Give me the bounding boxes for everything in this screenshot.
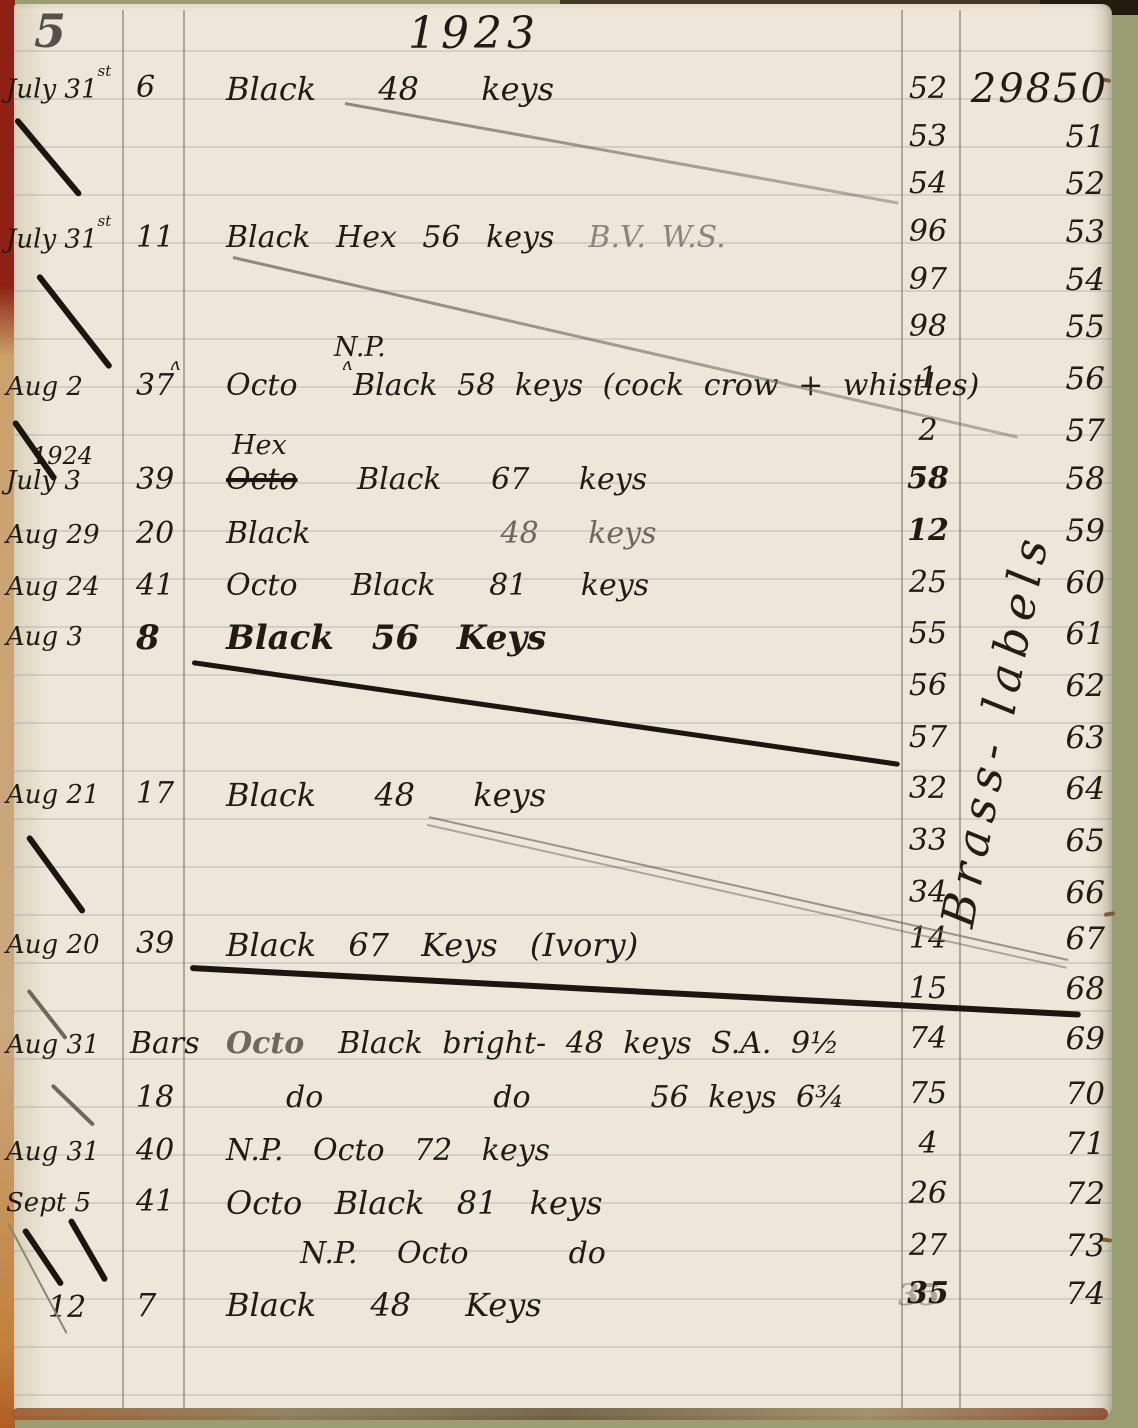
entry-date: Aug 31 bbox=[6, 1137, 128, 1167]
serial-number: 26 bbox=[898, 1176, 958, 1211]
label-number: 69 bbox=[985, 1021, 1109, 1057]
entry-description: Black 56 Keys bbox=[226, 618, 546, 658]
label-number: 74 bbox=[985, 1276, 1109, 1312]
entry-description: Black 48 keys bbox=[226, 776, 546, 814]
serial-number-corrected: 12 bbox=[898, 513, 958, 548]
entry-description: Hex Octo Black 67 keys bbox=[226, 462, 647, 497]
inserted-word: Hex bbox=[232, 430, 287, 461]
serial-number: 53 bbox=[898, 119, 958, 154]
label-number: 70 bbox=[985, 1076, 1109, 1112]
entry-description: OctoBlack bright- 48 keys S.A. 9½ bbox=[226, 1026, 839, 1061]
serial-number: 25 bbox=[898, 565, 958, 600]
label-number: 54 bbox=[985, 262, 1109, 298]
label-number: 60 bbox=[985, 565, 1109, 601]
serial-number: 55 bbox=[898, 616, 958, 651]
entry-date: Aug 29 bbox=[6, 520, 128, 550]
entry-qty: 41 bbox=[136, 1184, 174, 1219]
entry-qty: 8 bbox=[136, 618, 160, 658]
label-number: 57 bbox=[985, 413, 1109, 449]
label-number: 56 bbox=[985, 361, 1109, 397]
label-number: 71 bbox=[985, 1126, 1109, 1162]
serial-number: 52 bbox=[898, 71, 958, 106]
label-number: 61 bbox=[985, 616, 1109, 652]
serial-number: 1 bbox=[898, 361, 958, 396]
entry-description: N.P. Octodo bbox=[300, 1236, 606, 1271]
entry-qty: 11 bbox=[136, 220, 174, 255]
entry-date: 1924July 3 bbox=[6, 466, 128, 496]
serial-number-corrected: 35 bbox=[898, 1276, 958, 1311]
entry-date: Aug 2 bbox=[6, 372, 128, 402]
ledger-scan: 5 1923 Brass- labels July 31st 6 Black 4… bbox=[0, 0, 1138, 1428]
serial-number: 75 bbox=[898, 1076, 958, 1111]
serial-number: 15 bbox=[898, 971, 958, 1006]
label-number: 55 bbox=[985, 309, 1109, 345]
entry-date: Aug 20 bbox=[6, 930, 128, 960]
entry-description: Black Hex 56 keysB.V. W.S. bbox=[226, 220, 726, 255]
serial-number-corrected: 58 bbox=[898, 461, 958, 496]
label-number: 64 bbox=[985, 771, 1109, 807]
light-ink-text: 48 keys bbox=[501, 516, 657, 551]
entry-qty: 37 bbox=[136, 368, 174, 403]
label-number: 63 bbox=[985, 720, 1109, 756]
entry-description: Black48 keys bbox=[226, 516, 657, 551]
entry-date: Aug 21 bbox=[6, 780, 128, 810]
serial-number: 56 bbox=[898, 668, 958, 703]
entry-date: Sept 5 bbox=[6, 1188, 128, 1218]
serial-number: 33 bbox=[898, 823, 958, 858]
label-number: 52 bbox=[985, 166, 1109, 202]
entry-qty: 40 bbox=[136, 1133, 174, 1168]
entry-date: Aug 24 bbox=[6, 572, 128, 602]
caret-mark: ʌ bbox=[170, 354, 180, 375]
entry-description: Black 67 Keys (Ivory) bbox=[226, 926, 638, 964]
struck-word: Octo bbox=[226, 462, 298, 497]
serial-number: 97 bbox=[898, 262, 958, 297]
label-number-start: 29850 bbox=[950, 66, 1112, 112]
label-number: 65 bbox=[985, 823, 1109, 859]
serial-number: 96 bbox=[898, 214, 958, 249]
page-number: 5 bbox=[34, 4, 66, 58]
entry-qty: 18 bbox=[136, 1080, 174, 1115]
inserted-word: N.P. bbox=[334, 332, 386, 363]
entry-qty: 6 bbox=[136, 70, 155, 105]
entry-description: N.P. Octo 72 keys bbox=[226, 1133, 550, 1168]
entry-description: dodo56 keys 6¾ bbox=[226, 1080, 844, 1115]
entry-qty: 20 bbox=[136, 516, 174, 551]
entry-description: Octo Black 81 keys bbox=[226, 568, 649, 603]
entry-qty: 41 bbox=[136, 568, 174, 603]
entry-date: July 31st bbox=[6, 74, 128, 105]
page-bottom-edge bbox=[12, 1408, 1108, 1420]
serial-number: 4 bbox=[898, 1126, 958, 1161]
entry-description: Octo ʌ N.P. Black 58 keys (cock crow + w… bbox=[226, 368, 979, 403]
serial-number: 27 bbox=[898, 1228, 958, 1263]
entry-qty: 7 bbox=[136, 1286, 156, 1324]
label-number: 51 bbox=[985, 119, 1109, 155]
serial-number: 34 bbox=[898, 875, 958, 910]
label-number: 72 bbox=[985, 1176, 1109, 1212]
serial-number: 54 bbox=[898, 166, 958, 201]
serial-number: 57 bbox=[898, 720, 958, 755]
serial-number: 32 bbox=[898, 771, 958, 806]
serial-number: 74 bbox=[898, 1021, 958, 1056]
entry-description: Black 48 keys bbox=[226, 70, 554, 108]
label-number: 66 bbox=[985, 875, 1109, 911]
pencil-initials: B.V. W.S. bbox=[588, 220, 725, 255]
label-number: 59 bbox=[985, 513, 1109, 549]
label-number: 53 bbox=[985, 214, 1109, 250]
serial-number: 98 bbox=[898, 309, 958, 344]
label-number: 73 bbox=[985, 1228, 1109, 1264]
label-number: 58 bbox=[985, 461, 1109, 497]
entry-date: Aug 31 bbox=[6, 1030, 128, 1060]
entry-description: Octo Black 81 keys bbox=[226, 1184, 602, 1222]
entry-date: July 31st bbox=[6, 224, 128, 255]
entry-description: Black 48 Keys bbox=[226, 1286, 542, 1324]
entry-qty: 17 bbox=[136, 776, 174, 811]
entry-qty: Bars bbox=[130, 1026, 200, 1061]
label-number: 68 bbox=[985, 971, 1109, 1007]
pencil-word: Octo bbox=[226, 1026, 304, 1061]
entry-date: Aug 3 bbox=[6, 622, 128, 652]
label-number: 62 bbox=[985, 668, 1109, 704]
entry-qty: 39 bbox=[136, 926, 174, 961]
year-title: 1923 bbox=[408, 8, 540, 59]
entry-qty: 39 bbox=[136, 462, 174, 497]
